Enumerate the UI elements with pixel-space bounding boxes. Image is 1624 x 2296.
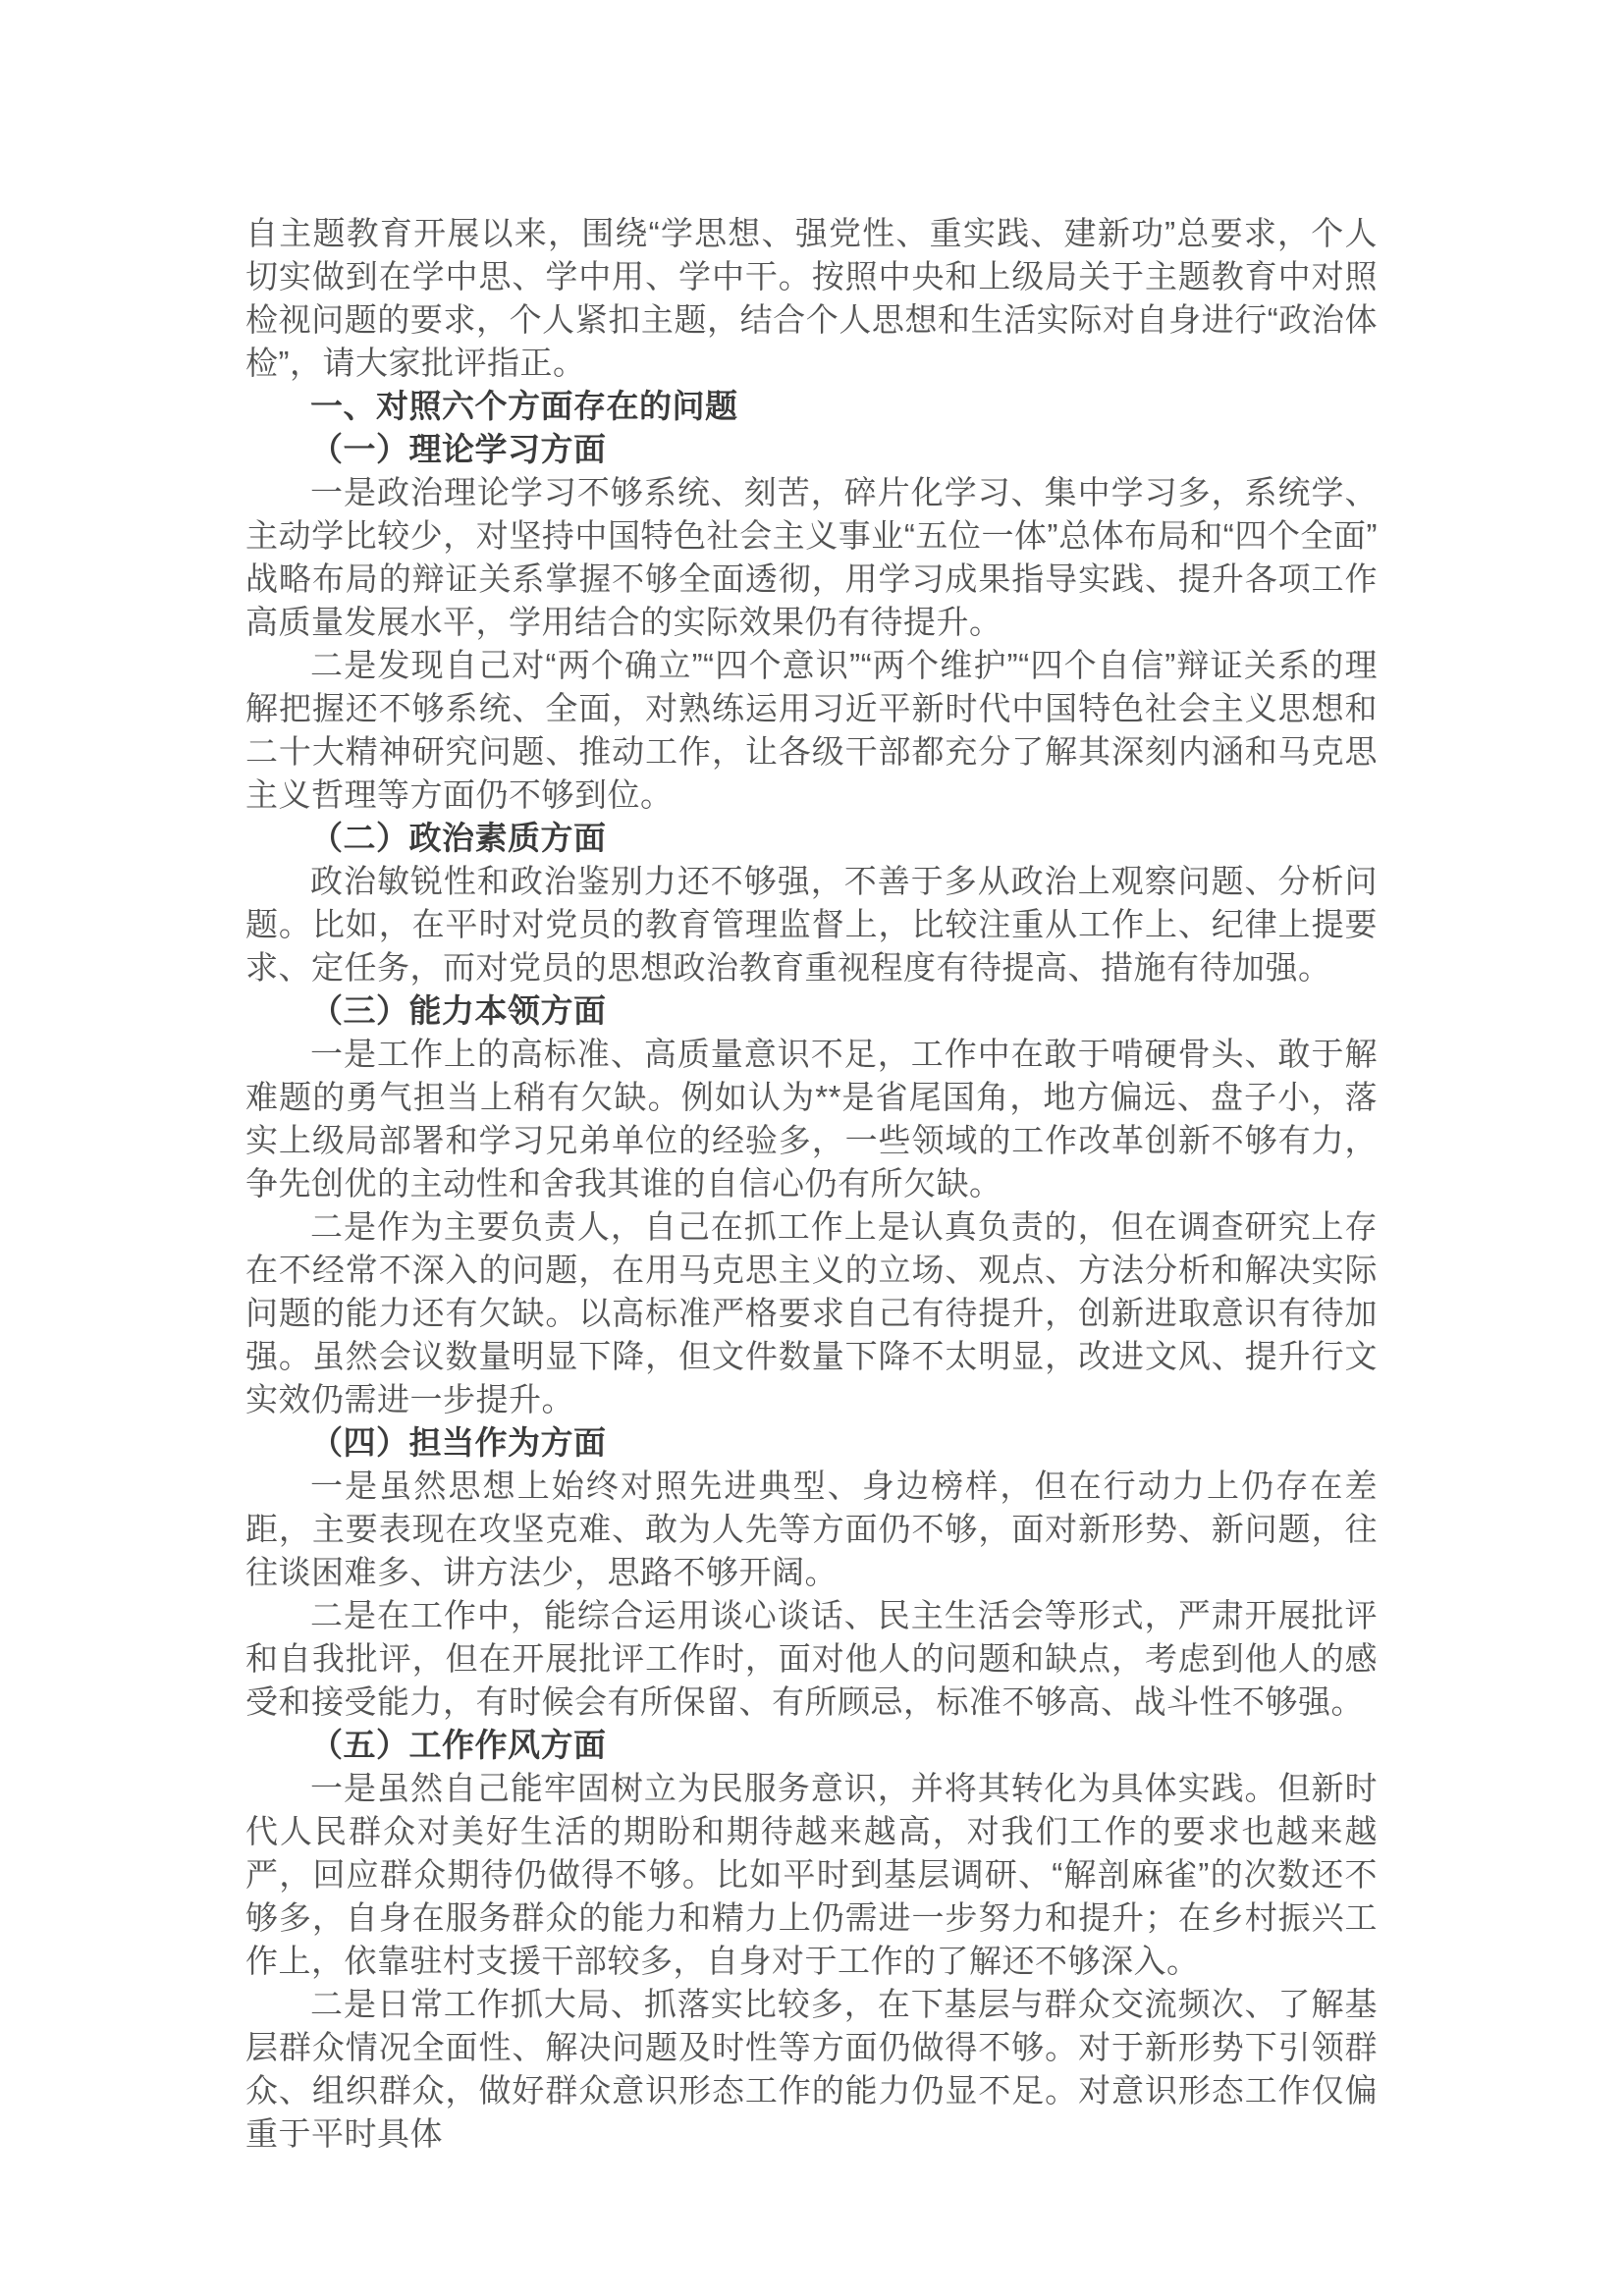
subsection-heading-work-style: （五）工作作风方面: [245, 1724, 1378, 1767]
paragraph-ability-1: 一是工作上的高标准、高质量意识不足，工作中在敢于啃硬骨头、敢于解难题的勇气担当上…: [245, 1033, 1378, 1205]
subsection-heading-responsibility: （四）担当作为方面: [245, 1421, 1378, 1465]
paragraph-responsibility-2: 二是在工作中，能综合运用谈心谈话、民主生活会等形式，严肃开展批评和自我批评，但在…: [245, 1594, 1378, 1724]
subsection-heading-theory-study: （一）理论学习方面: [245, 428, 1378, 471]
paragraph-responsibility-1: 一是虽然思想上始终对照先进典型、身边榜样，但在行动力上仍存在差距，主要表现在攻坚…: [245, 1465, 1378, 1594]
paragraph-work-style-1: 一是虽然自己能牢固树立为民服务意识，并将其转化为具体实践。但新时代人民群众对美好…: [245, 1767, 1378, 1983]
paragraph-theory-study-2: 二是发现自己对“两个确立”“四个意识”“两个维护”“四个自信”辩证关系的理解把握…: [245, 644, 1378, 817]
section-heading-problems: 一、对照六个方面存在的问题: [245, 385, 1378, 428]
document-body: 自主题教育开展以来，围绕“学思想、强党性、重实践、建新功”总要求，个人切实做到在…: [245, 212, 1378, 2156]
paragraph-political-quality: 政治敏锐性和政治鉴别力还不够强，不善于多从政治上观察问题、分析问题。比如，在平时…: [245, 860, 1378, 989]
subsection-heading-ability: （三）能力本领方面: [245, 989, 1378, 1033]
paragraph-ability-2: 二是作为主要负责人，自己在抓工作上是认真负责的，但在调查研究上存在不经常不深入的…: [245, 1205, 1378, 1421]
paragraph-theory-study-1: 一是政治理论学习不够系统、刻苦，碎片化学习、集中学习多，系统学、主动学比较少，对…: [245, 471, 1378, 644]
paragraph-work-style-2: 二是日常工作抓大局、抓落实比较多，在下基层与群众交流频次、了解基层群众情况全面性…: [245, 1983, 1378, 2156]
subsection-heading-political-quality: （二）政治素质方面: [245, 817, 1378, 860]
document-page: 自主题教育开展以来，围绕“学思想、强党性、重实践、建新功”总要求，个人切实做到在…: [0, 0, 1624, 2296]
intro-paragraph: 自主题教育开展以来，围绕“学思想、强党性、重实践、建新功”总要求，个人切实做到在…: [245, 212, 1378, 385]
